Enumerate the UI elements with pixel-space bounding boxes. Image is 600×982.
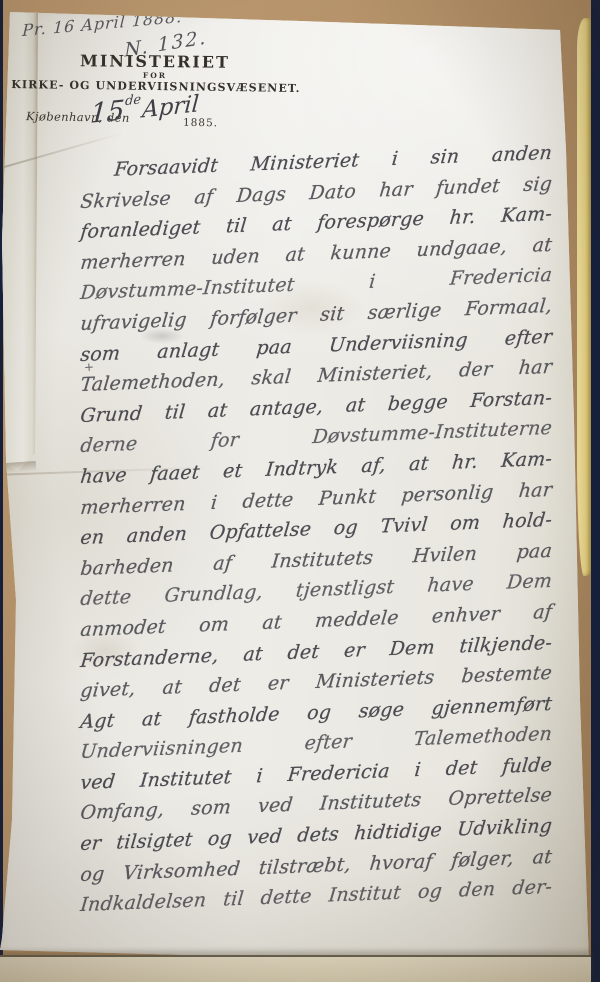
printed-year: 1885. [183,117,218,130]
date-day-suffix: de [125,92,142,109]
letterhead-ministry: MINISTERIET [40,51,270,72]
handwritten-body: Forsaavidt Ministeriet i sin andenSkrive… [80,160,552,925]
paper-fold-notch [6,461,37,473]
letter-sheet: Pr. 16 April 1888. N. 132. MINISTERIET F… [0,0,600,982]
yellowed-page-edge [577,18,591,576]
underlying-sheet-edge [0,955,591,982]
archive-photo: Pr. 16 April 1888. N. 132. MINISTERIET F… [0,0,600,982]
date-day: 15 [89,95,125,130]
